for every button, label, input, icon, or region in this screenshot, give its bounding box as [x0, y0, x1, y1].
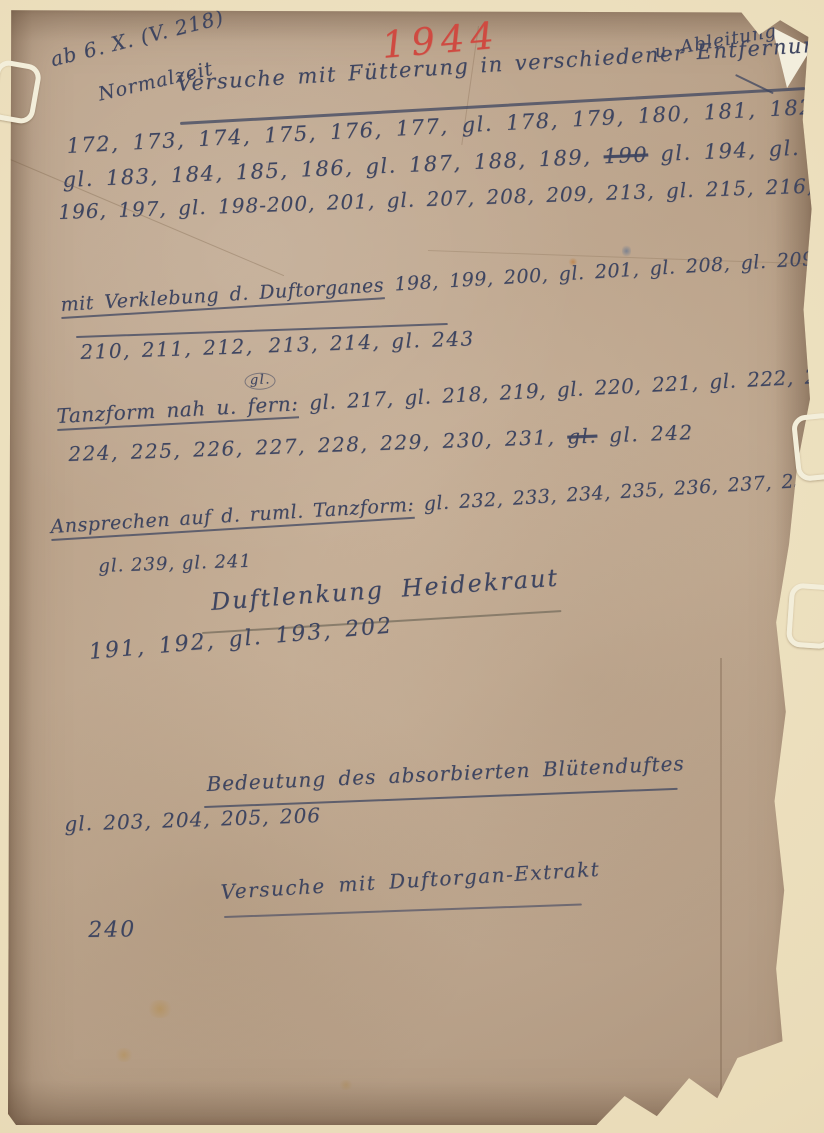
section-tanzform-line-1: Tanzform nah u. fern: gl. 217, gl. 218, … — [56, 362, 824, 428]
section-verklebung-line-2: 210, 211, 212,gl. 213, 214, gl. 243 — [80, 326, 475, 364]
section-ansprechen-line-2: gl. 239, gl. 241 — [98, 551, 252, 577]
section-bluetenduft-numbers: gl. 203, 204, 205, 206 — [64, 803, 321, 836]
section-ansprechen-numbers: gl. 232, 233, 234, 235, 236, 237, 238, — [414, 469, 824, 516]
stain — [622, 244, 631, 258]
section-verklebung-numbers: 198, 199, 200, gl. 201, gl. 208, gl. 209… — [383, 247, 822, 296]
stain — [338, 1080, 354, 1090]
struck-number: 190 — [603, 142, 649, 168]
paper-sheet: ab 6. X. (V. 218) Normalzeit 1944 u. Abl… — [8, 8, 814, 1125]
stain — [114, 1048, 134, 1062]
section-tanzform-heading: Tanzform nah u. fern: — [56, 391, 299, 431]
section-heidekraut-heading: Duftlenkung Heidekraut — [210, 564, 560, 616]
section-verklebung-heading: mit Verklebung d. Duftorganes — [60, 274, 385, 319]
paper-crease — [720, 658, 722, 1118]
tanzform-line2-text: 224, 225, 226, 227, 228, 229, 230, 231, — [68, 425, 568, 466]
section-ansprechen-heading: Ansprechen auf d. ruml. Tanzform: — [50, 494, 415, 541]
paper-clip-right-lower — [786, 582, 824, 649]
number-list-line-2-tail: gl. 194, gl. 195, — [648, 133, 824, 166]
section-extrakt-numbers: 240 — [88, 917, 136, 943]
verklebung-line2-text: 210, 211, 212, — [80, 334, 254, 364]
stain — [146, 1000, 174, 1018]
section-ansprechen-line-1: Ansprechen auf d. ruml. Tanzform: gl. 23… — [50, 469, 824, 538]
section-extrakt-heading: Versuche mit Duftorgan-Extrakt — [220, 857, 601, 904]
verklebung-line2-tail: 213, 214, gl. 243 — [257, 326, 475, 358]
inserted-gl-note: gl. — [245, 372, 277, 390]
section-tanzform-line-2: 224, 225, 226, 227, 228, 229, 230, 231, … — [68, 420, 694, 466]
section-bluetenduft-heading: Bedeutung des absorbierten Blütenduftes — [206, 751, 685, 796]
section-heidekraut-numbers: 191, 192, gl. 193, 202 — [88, 613, 394, 664]
scanned-notebook-page: { "annotations": { "date_note": "ab 6. X… — [0, 0, 824, 1133]
section-extrakt-underline — [224, 904, 582, 918]
section-verklebung-line-1: mit Verklebung d. Duftorganes 198, 199, … — [60, 247, 822, 315]
tanzform-line2-tail: gl. 242 — [597, 420, 694, 447]
struck-gl-note: gl. — [567, 424, 598, 449]
section-tanzform-numbers: gl. 217, gl. 218, 219, gl. 220, 221, gl.… — [298, 362, 824, 415]
